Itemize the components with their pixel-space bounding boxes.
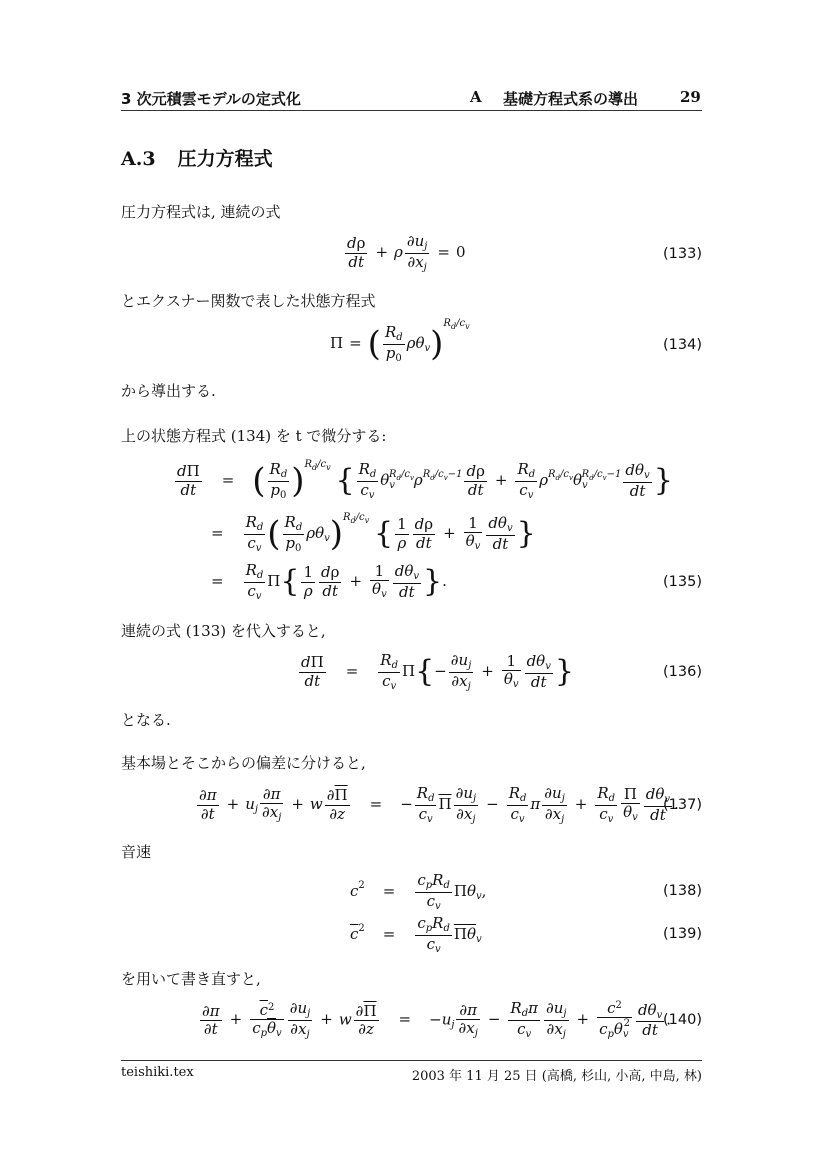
equation-number: (137) xyxy=(663,797,702,813)
header-rule xyxy=(121,110,702,111)
equation-135-line-2: =Rdcv(Rdp0ρθv)Rd/cv {1ρdρdt+1θvdθvdt} xyxy=(211,512,536,554)
paragraph: とエクスナー関数で表した状態方程式 xyxy=(121,290,376,311)
equation-133: dρdt+ρ∂uj∂xj=0 xyxy=(343,233,466,273)
equation-136: dΠdt=RdcvΠ{−∂uj∂xj+1θvdθvdt} xyxy=(297,652,574,692)
equation-140: ∂π∂t+c2cpθv∂uj∂xj+w∂Π∂z=−uj∂π∂xj−Rdπcv∂u… xyxy=(198,1000,671,1041)
equation-134: Π=(Rdp0ρθv)Rd/cv xyxy=(330,318,470,364)
footer-filename: teishiki.tex xyxy=(121,1065,194,1080)
page-number: 29 xyxy=(680,88,701,106)
equation-number: (136) xyxy=(663,664,702,680)
section-heading: A.3圧力方程式 xyxy=(121,144,273,171)
footer-date-authors: 2003 年 11 月 25 日 (高橋, 杉山, 小高, 中島, 林) xyxy=(412,1065,702,1084)
paragraph: 音速 xyxy=(121,841,151,862)
equation-139: c2=cpRdcvΠθv xyxy=(350,915,482,955)
running-header-appendix-title: 基礎方程式系の導出 xyxy=(503,88,638,109)
equation-135-line-1: dΠdt=(Rdp0)Rd/cv {RdcvθvRd/cvρRd/cv−1dρd… xyxy=(173,459,673,501)
paragraph: 圧力方程式は, 連続の式 xyxy=(121,201,281,222)
equation-number: (134) xyxy=(663,337,702,353)
equation-138: c2=cpRdcvΠθv, xyxy=(350,872,486,912)
paragraph: から導出する. xyxy=(121,380,216,401)
equation-number: (140) xyxy=(663,1012,702,1028)
equation-137: ∂π∂t+uj∂π∂xj+w∂Π∂z=−RdcvΠ∂uj∂xj−Rdcvπ∂uj… xyxy=(195,785,679,825)
section-number: A.3 xyxy=(121,148,156,170)
paragraph: 連続の式 (133) を代入すると, xyxy=(121,620,326,641)
section-title: 圧力方程式 xyxy=(178,148,273,170)
footer-rule xyxy=(121,1060,702,1061)
equation-number: (133) xyxy=(663,246,702,262)
equation-135-line-3: =RdcvΠ{1ρdρdt+1θvdθvdt}. xyxy=(211,562,447,602)
paragraph: 基本場とそこからの偏差に分けると, xyxy=(121,752,366,773)
equation-number: (139) xyxy=(663,926,702,942)
running-header-chapter: 3 次元積雲モデルの定式化 xyxy=(121,88,301,109)
paragraph: を用いて書き直すと, xyxy=(121,968,261,989)
running-header-appendix-letter: A xyxy=(470,88,482,106)
paragraph: 上の状態方程式 (134) を t で微分する: xyxy=(121,425,387,446)
equation-number: (135) xyxy=(663,574,702,590)
equation-number: (138) xyxy=(663,883,702,899)
paragraph: となる. xyxy=(121,709,171,730)
